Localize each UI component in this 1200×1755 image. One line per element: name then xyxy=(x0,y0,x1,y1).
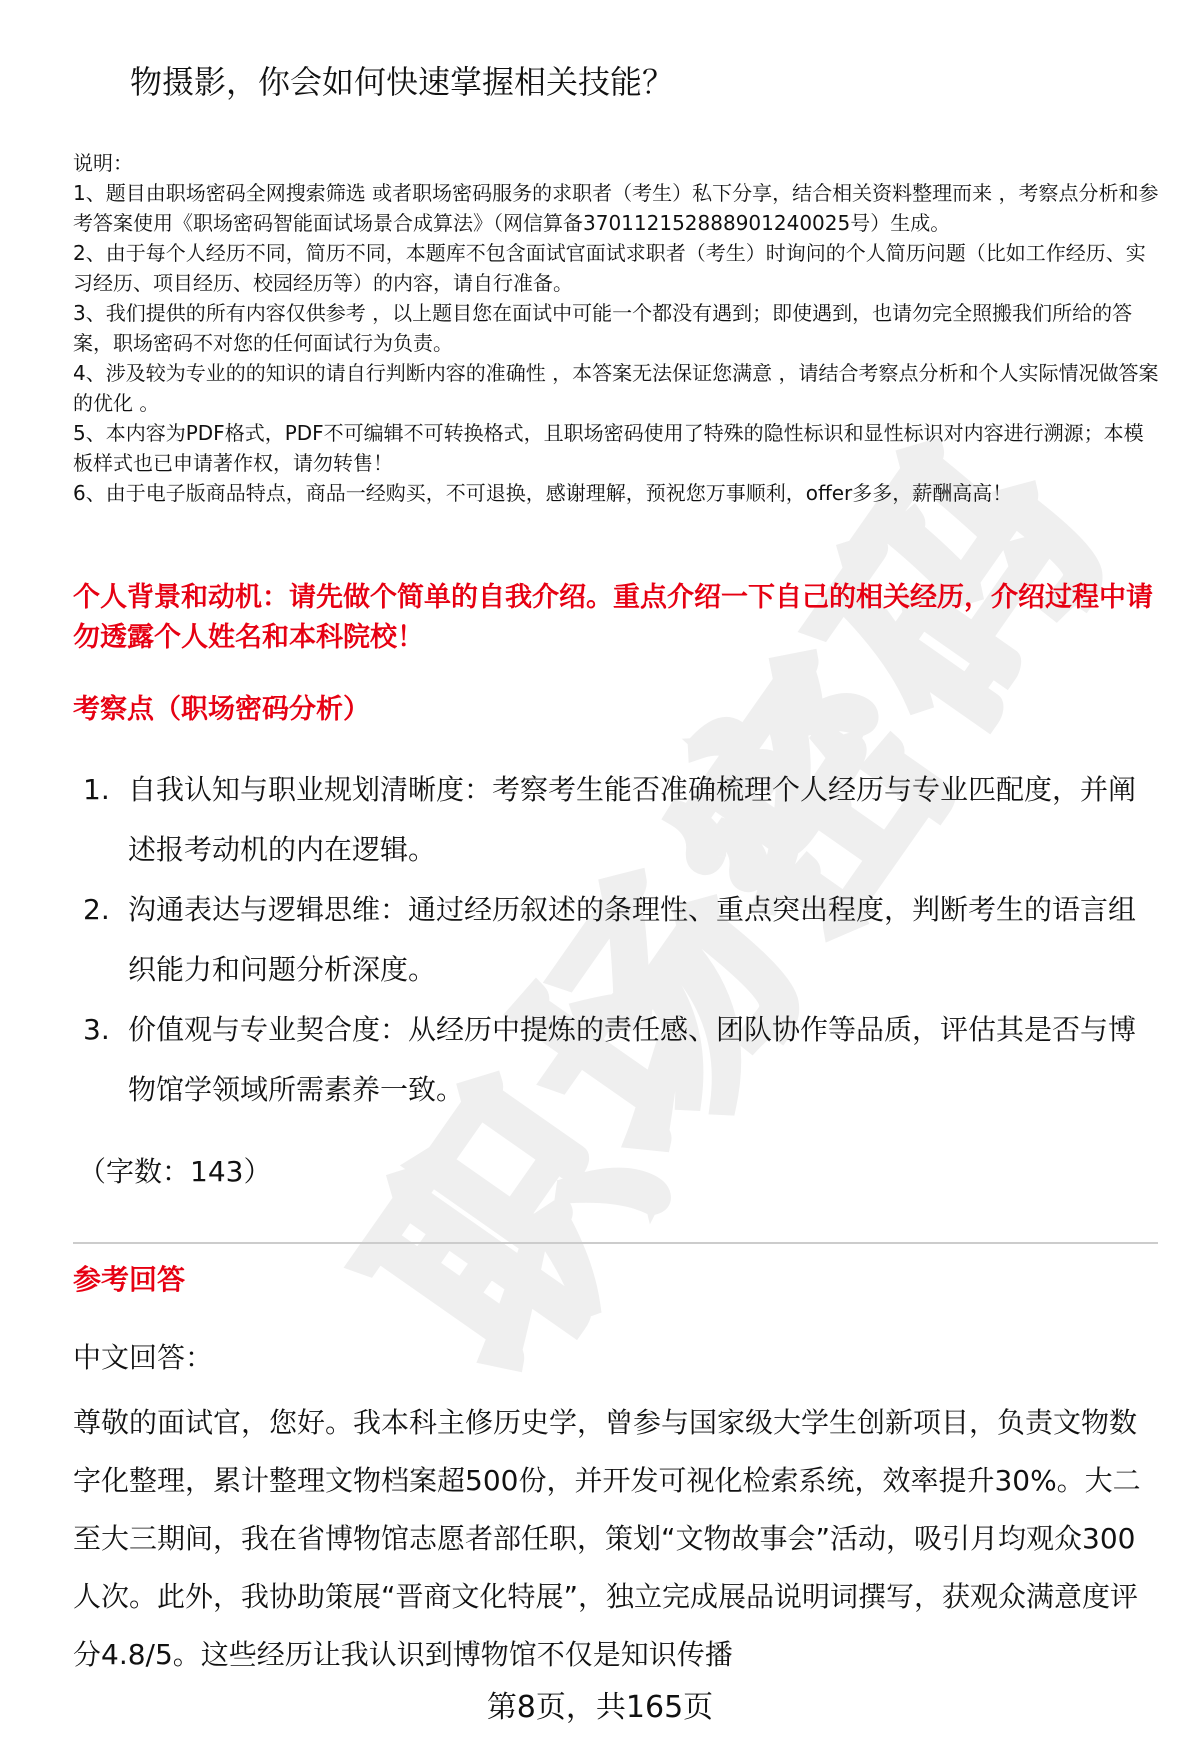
point-number: 2. xyxy=(83,880,110,940)
answer-language-label: 中文回答： xyxy=(73,1338,213,1378)
point-text: 价值观与专业契合度：从经历中提炼的责任感、团队协作等品质，评估其是否与博物馆学领… xyxy=(128,1013,1136,1106)
main-question-heading: 个人背景和动机：请先做个简单的自我介绍。重点介绍一下自己的相关经历，介绍过程中请… xyxy=(73,578,1153,658)
note-item: 3、我们提供的所有内容仅供参考 ，以上题目您在面试中可能一个都没有遇到；即使遇到… xyxy=(73,298,1163,358)
point-text: 自我认知与职业规划清晰度：考察考生能否准确梳理个人经历与专业匹配度，并阐述报考动… xyxy=(128,773,1136,866)
notes-section: 说明： 1、题目由职场密码全网搜索筛选 或者职场密码服务的求职者（考生）私下分享… xyxy=(73,148,1163,508)
point-number: 1. xyxy=(83,760,110,820)
note-item: 4、涉及较为专业的的知识的请自行判断内容的准确性 ，本答案无法保证您满意 ，请结… xyxy=(73,358,1163,418)
word-count: （字数：143） xyxy=(78,1152,271,1192)
answer-title: 参考回答 xyxy=(73,1260,185,1300)
answer-body: 尊敬的面试官，您好。我本科主修历史学，曾参与国家级大学生创新项目，负责文物数字化… xyxy=(73,1394,1158,1684)
analysis-points-list: 1. 自我认知与职业规划清晰度：考察考生能否准确梳理个人经历与专业匹配度，并阐述… xyxy=(73,760,1153,1120)
analysis-title: 考察点（职场密码分析） xyxy=(73,690,370,730)
note-item: 5、本内容为PDF格式，PDF不可编辑不可转换格式，且职场密码使用了特殊的隐性标… xyxy=(73,418,1163,478)
analysis-point: 2. 沟通表达与逻辑思维：通过经历叙述的条理性、重点突出程度，判断考生的语言组织… xyxy=(73,880,1153,1000)
note-item: 1、题目由职场密码全网搜索筛选 或者职场密码服务的求职者（考生）私下分享，结合相… xyxy=(73,178,1163,238)
analysis-point: 3. 价值观与专业契合度：从经历中提炼的责任感、团队协作等品质，评估其是否与博物… xyxy=(73,1000,1153,1120)
document-page: 物摄影，你会如何快速掌握相关技能？ 说明： 1、题目由职场密码全网搜索筛选 或者… xyxy=(0,0,1200,1755)
point-text: 沟通表达与逻辑思维：通过经历叙述的条理性、重点突出程度，判断考生的语言组织能力和… xyxy=(128,893,1136,986)
section-divider xyxy=(73,1242,1158,1244)
notes-heading: 说明： xyxy=(73,148,1163,178)
analysis-point: 1. 自我认知与职业规划清晰度：考察考生能否准确梳理个人经历与专业匹配度，并阐述… xyxy=(73,760,1153,880)
point-number: 3. xyxy=(83,1000,110,1060)
page-number-footer: 第8页，共165页 xyxy=(0,1688,1200,1728)
note-item: 6、由于电子版商品特点，商品一经购买，不可退换，感谢理解，预祝您万事顺利，off… xyxy=(73,478,1163,508)
question-title-fragment: 物摄影，你会如何快速掌握相关技能？ xyxy=(130,62,674,102)
note-item: 2、由于每个人经历不同，简历不同，本题库不包含面试官面试求职者（考生）时询问的个… xyxy=(73,238,1163,298)
